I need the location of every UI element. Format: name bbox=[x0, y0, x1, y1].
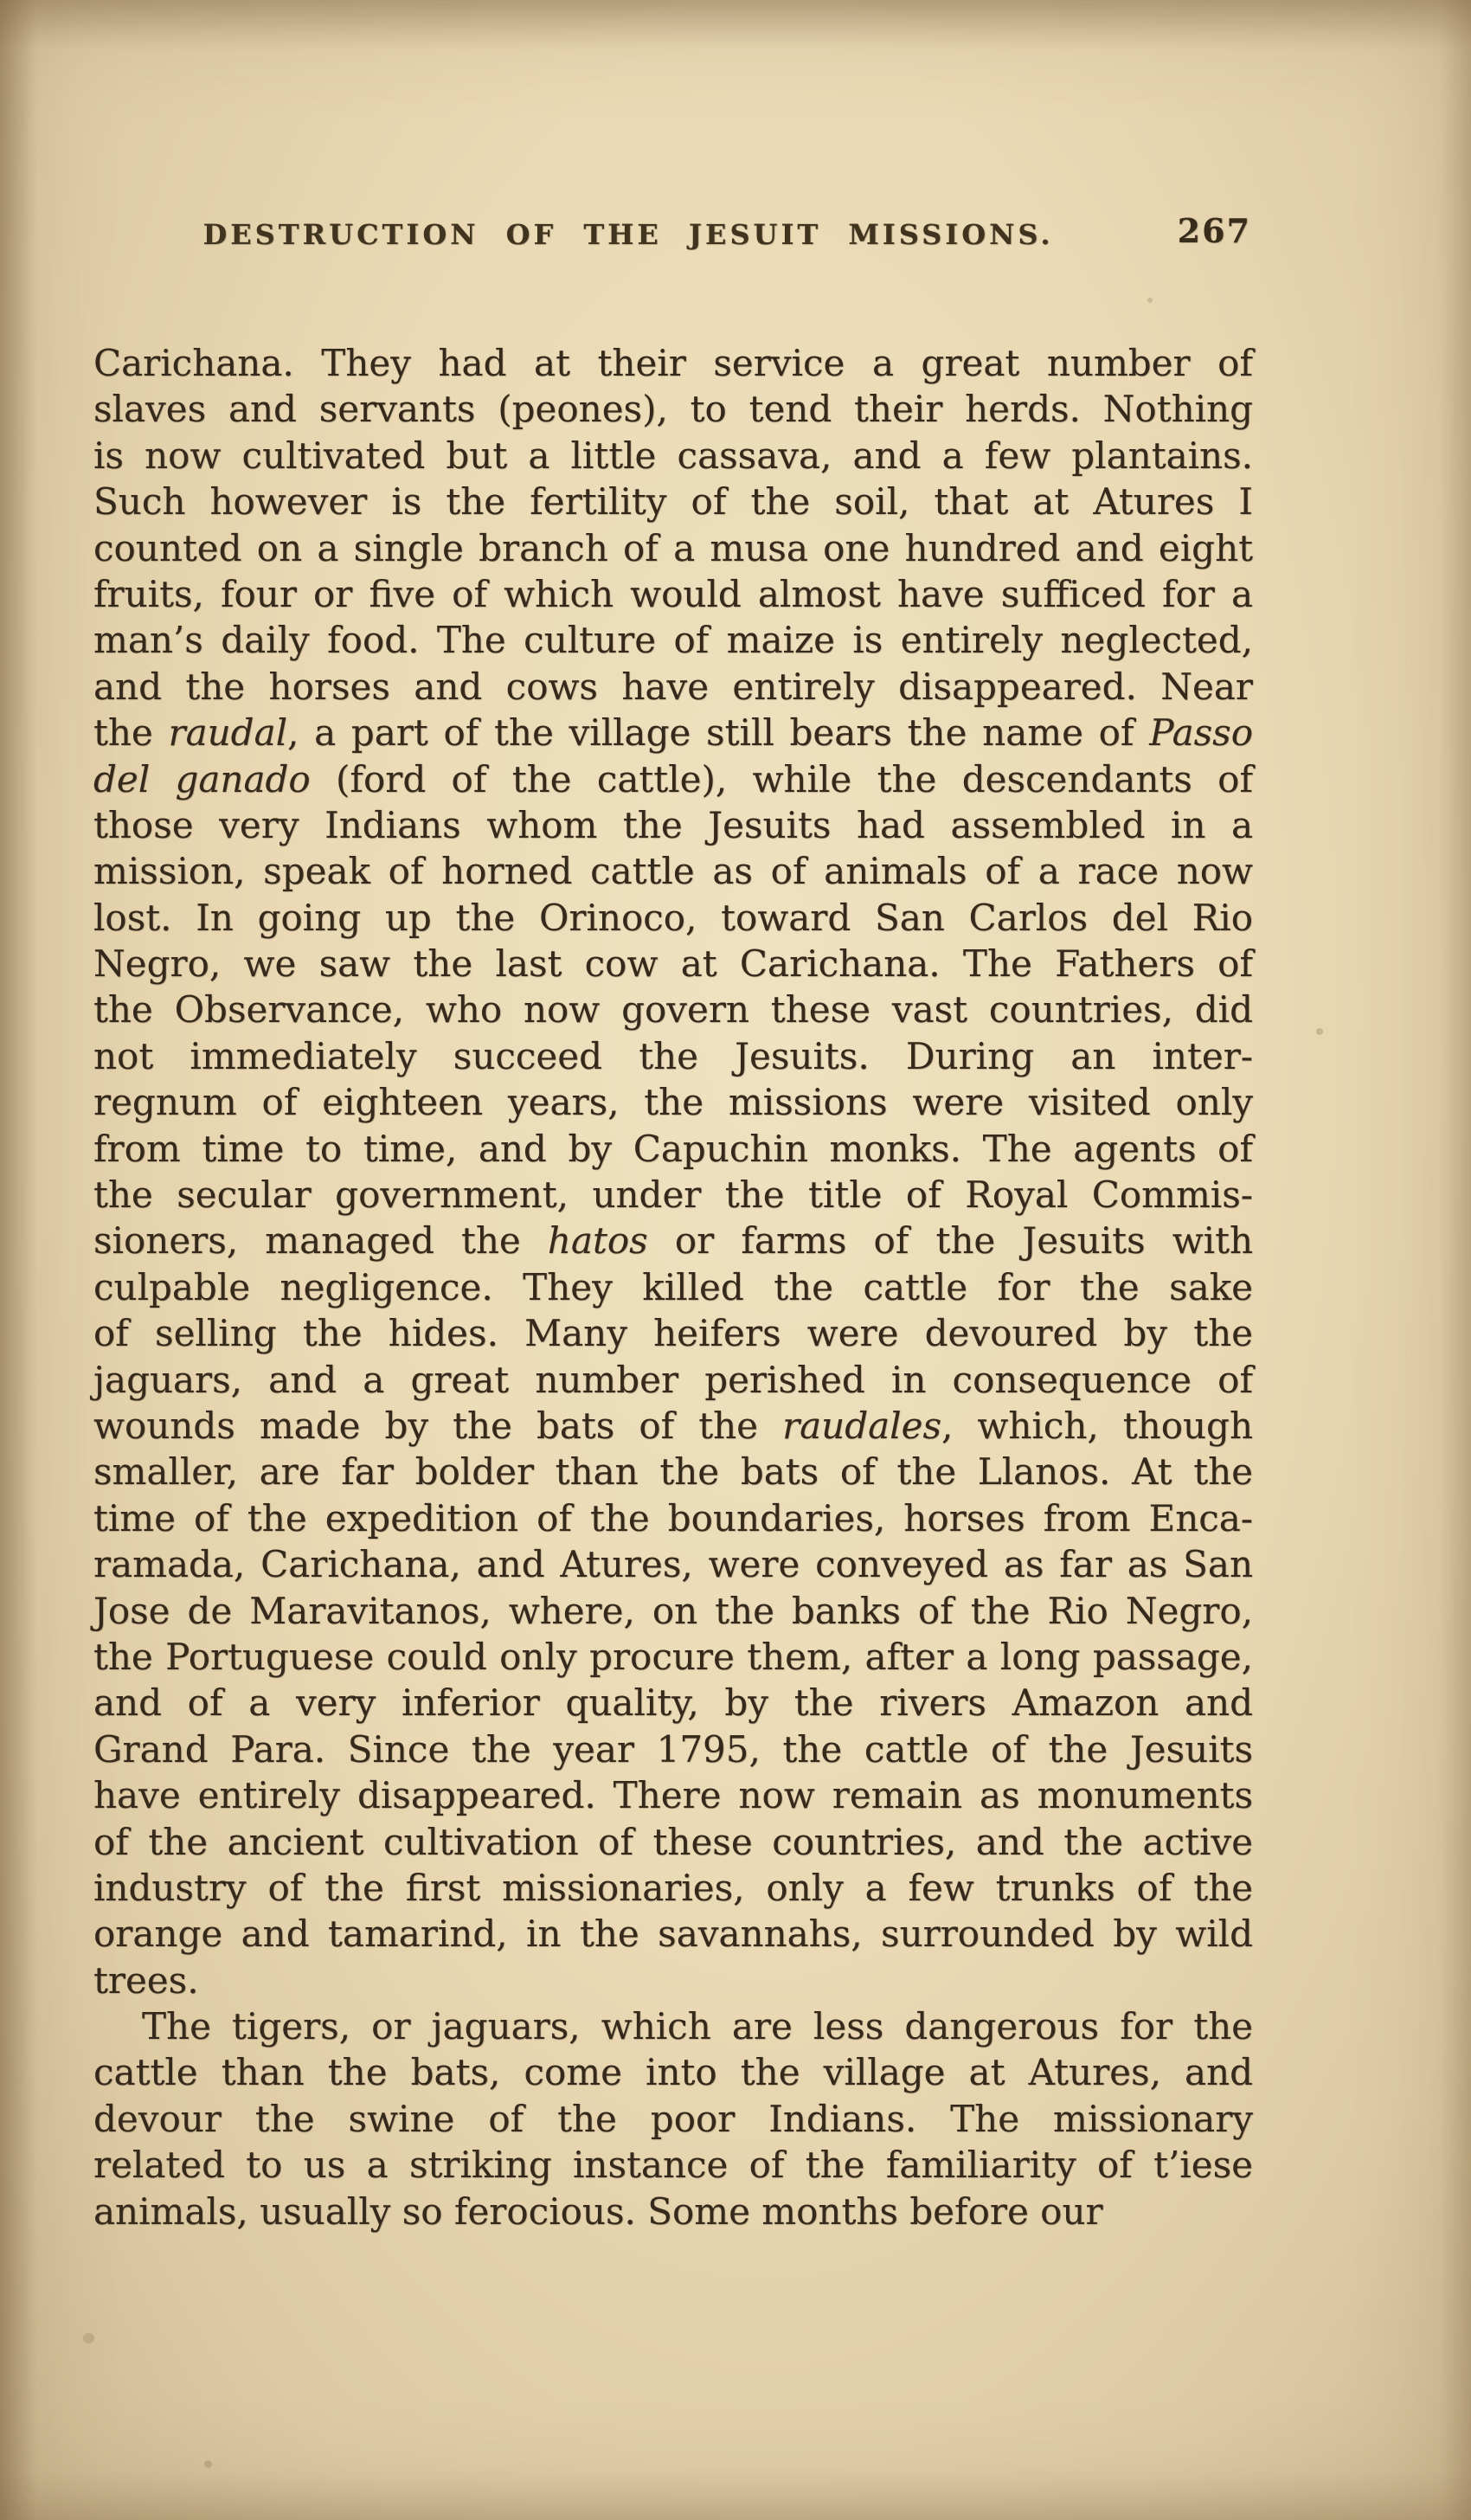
text-line: jaguars, and a great number perished in … bbox=[93, 1357, 1253, 1403]
paragraph: Carichana. They had at their service a g… bbox=[93, 340, 1253, 2003]
text-line: fruits, four or five of which would almo… bbox=[93, 571, 1253, 617]
text-line: trees. bbox=[93, 1957, 1253, 2003]
text-line: and of a very inferior quality, by the r… bbox=[93, 1680, 1253, 1726]
text-line: Jose de Maravitanos, where, on the banks… bbox=[93, 1588, 1253, 1634]
text-line: orange and tamarind, in the savannahs, s… bbox=[93, 1911, 1253, 1957]
text-line: wounds made by the bats of the raudales,… bbox=[93, 1403, 1253, 1449]
text-line: time of the expedition of the boundaries… bbox=[93, 1495, 1253, 1541]
text-line: Such however is the fertility of the soi… bbox=[93, 479, 1253, 524]
text-line: devour the swine of the poor Indians. Th… bbox=[93, 2096, 1253, 2142]
text-line: cattle than the bats, come into the vill… bbox=[93, 2049, 1253, 2095]
text-line: animals, usually so ferocious. Some mont… bbox=[93, 2189, 1253, 2234]
text-line: Carichana. They had at their service a g… bbox=[93, 340, 1253, 386]
text-line: The tigers, or jaguars, which are less d… bbox=[93, 2003, 1253, 2049]
text-line: slaves and servants (peones), to tend th… bbox=[93, 386, 1253, 432]
running-header: DESTRUCTION OF THE JESUIT MISSIONS. 267 bbox=[93, 218, 1253, 251]
text-line: from time to time, and by Capuchin monks… bbox=[93, 1126, 1253, 1172]
italic-text: Passo bbox=[1149, 711, 1253, 754]
text-line: counted on a single branch of a musa one… bbox=[93, 525, 1253, 571]
page-body-text: Carichana. They had at their service a g… bbox=[93, 340, 1253, 2234]
paper-speck bbox=[204, 2460, 212, 2468]
text-line: smaller, are far bolder than the bats of… bbox=[93, 1449, 1253, 1495]
text-line: Grand Para. Since the year 1795, the cat… bbox=[93, 1726, 1253, 1772]
text-line: lost. In going up the Orinoco, toward Sa… bbox=[93, 895, 1253, 941]
text-line: is now cultivated but a little cassava, … bbox=[93, 433, 1253, 479]
italic-text: hatos bbox=[548, 1219, 648, 1262]
text-line: regnum of eighteen years, the missions w… bbox=[93, 1079, 1253, 1125]
text-line: sioners, managed the hatos or farms of t… bbox=[93, 1218, 1253, 1263]
italic-text: raudales bbox=[782, 1405, 941, 1447]
running-header-title: DESTRUCTION OF THE JESUIT MISSIONS. bbox=[203, 218, 1054, 251]
text-line: industry of the first missionaries, only… bbox=[93, 1865, 1253, 1911]
text-line: the raudal, a part of the village still … bbox=[93, 710, 1253, 755]
text-line: of the ancient cultivation of these coun… bbox=[93, 1819, 1253, 1865]
text-line: those very Indians whom the Jesuits had … bbox=[93, 802, 1253, 848]
text-line: not immediately succeed the Jesuits. Dur… bbox=[93, 1033, 1253, 1079]
text-line: the Portuguese could only procure them, … bbox=[93, 1634, 1253, 1680]
text-line: the secular government, under the title … bbox=[93, 1172, 1253, 1218]
paper-speck bbox=[1316, 1028, 1323, 1035]
text-line: mission, speak of horned cattle as of an… bbox=[93, 848, 1253, 894]
text-line: Negro, we saw the last cow at Carichana.… bbox=[93, 941, 1253, 987]
paragraph: The tigers, or jaguars, which are less d… bbox=[93, 2003, 1253, 2234]
text-line: and the horses and cows have entirely di… bbox=[93, 664, 1253, 710]
italic-text: raudal bbox=[169, 711, 288, 754]
text-line: man’s daily food. The culture of maize i… bbox=[93, 617, 1253, 663]
text-line: culpable negligence. They killed the cat… bbox=[93, 1264, 1253, 1310]
text-line: of selling the hides. Many heifers were … bbox=[93, 1310, 1253, 1356]
paper-speck bbox=[1147, 298, 1153, 303]
text-line: have entirely disappeared. There now rem… bbox=[93, 1772, 1253, 1818]
book-page-scan: DESTRUCTION OF THE JESUIT MISSIONS. 267 … bbox=[0, 0, 1471, 2520]
paper-speck bbox=[83, 2333, 94, 2343]
text-line: del ganado (ford of the cattle), while t… bbox=[93, 756, 1253, 802]
italic-text: del ganado bbox=[93, 758, 311, 800]
text-line: ramada, Carichana, and Atures, were conv… bbox=[93, 1541, 1253, 1587]
text-line: the Observance, who now govern these vas… bbox=[93, 987, 1253, 1032]
text-line: related to us a striking instance of the… bbox=[93, 2142, 1253, 2188]
page-number: 267 bbox=[1178, 211, 1251, 250]
